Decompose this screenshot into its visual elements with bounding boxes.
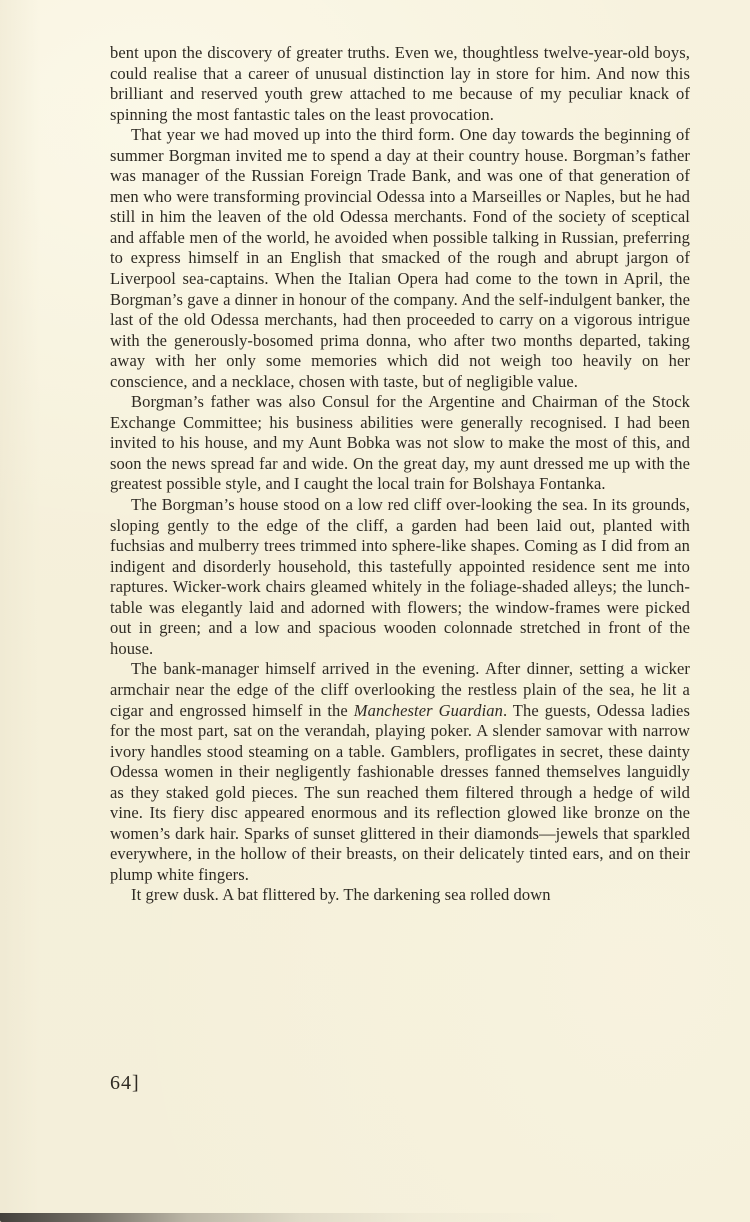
page-left-edge-tint xyxy=(0,0,40,1222)
paragraph: bent upon the discovery of greater truth… xyxy=(110,43,690,125)
text-run: . The guests, Odessa ladies for the most… xyxy=(110,701,690,884)
page-edge-shadow xyxy=(0,1213,750,1222)
text-run: That year we had moved up into the third… xyxy=(110,125,690,391)
page-number: 64] xyxy=(110,1072,140,1095)
book-page: bent upon the discovery of greater truth… xyxy=(0,0,750,1222)
text-run: bent upon the discovery of greater truth… xyxy=(110,43,690,124)
text-run: Borgman’s father was also Consul for the… xyxy=(110,392,690,493)
italic-text-run: Manchester Guardian xyxy=(354,701,503,720)
paragraph: The Borgman’s house stood on a low red c… xyxy=(110,495,690,659)
page-text-block: bent upon the discovery of greater truth… xyxy=(110,43,690,906)
paragraph: The bank-manager himself arrived in the … xyxy=(110,659,690,885)
text-run: The Borgman’s house stood on a low red c… xyxy=(110,495,690,658)
paragraph: It grew dusk. A bat flittered by. The da… xyxy=(110,885,690,906)
paragraph: Borgman’s father was also Consul for the… xyxy=(110,392,690,495)
text-run: It grew dusk. A bat flittered by. The da… xyxy=(131,885,551,904)
paragraph: That year we had moved up into the third… xyxy=(110,125,690,392)
